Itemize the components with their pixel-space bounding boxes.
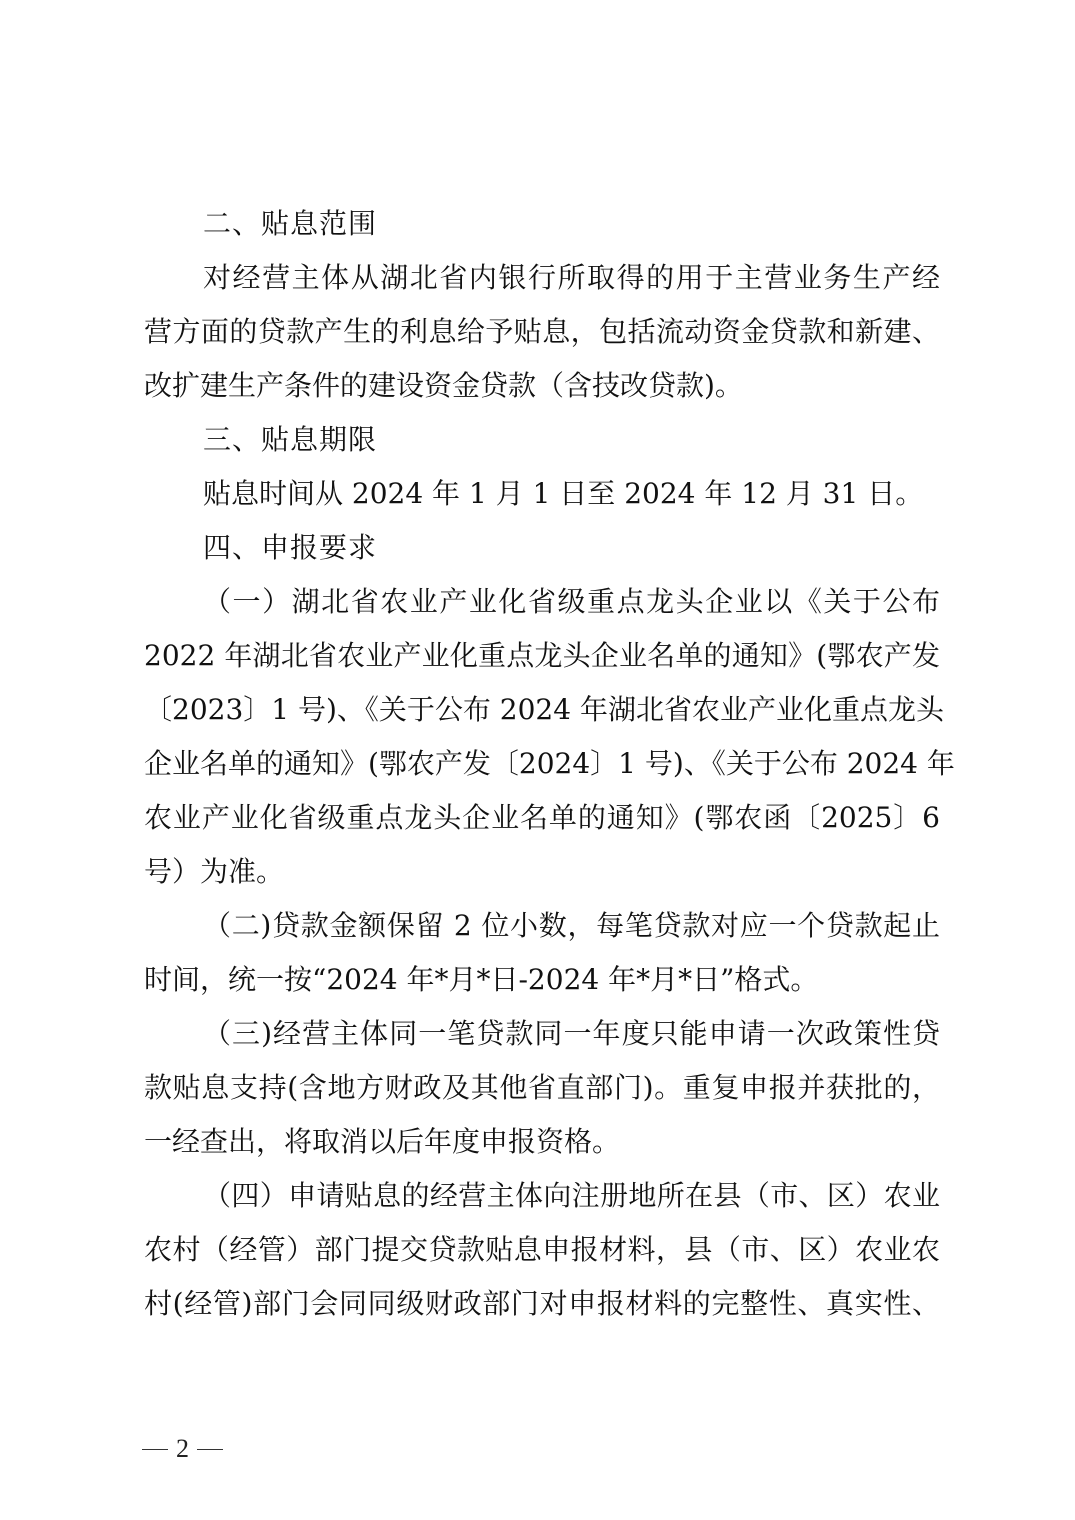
paragraph-line: （四）申请贴息的经营主体向注册地所在县（市、区）农业: [203, 1176, 940, 1216]
footer-dash-right: [197, 1449, 223, 1450]
paragraph-line: 农业产业化省级重点龙头企业名单的通知》(鄂农函〔2025〕6: [144, 798, 940, 838]
paragraph-line: 贴息时间从 2024 年 1 月 1 日至 2024 年 12 月 31 日。: [203, 474, 940, 514]
paragraph-line: 对经营主体从湖北省内银行所取得的用于主营业务生产经: [203, 258, 940, 298]
paragraph-line: 一经查出，将取消以后年度申报资格。: [144, 1122, 940, 1162]
document-page: 二、贴息范围 对经营主体从湖北省内银行所取得的用于主营业务生产经 营方面的贷款产…: [0, 0, 1075, 1520]
page-number: 2: [176, 1434, 189, 1464]
paragraph-line: 时间，统一按“2024 年*月*日-2024 年*月*日”格式。: [144, 960, 940, 1000]
paragraph-line: （一）湖北省农业产业化省级重点龙头企业以《关于公布: [203, 582, 940, 622]
paragraph-line: 营方面的贷款产生的利息给予贴息，包括流动资金贷款和新建、: [144, 312, 940, 352]
paragraph-line: 号）为准。: [144, 852, 940, 892]
paragraph-line: 农村（经管）部门提交贷款贴息申报材料，县（市、区）农业农: [144, 1230, 940, 1270]
paragraph-line: 村(经管)部门会同同级财政部门对申报材料的完整性、真实性、: [144, 1284, 940, 1324]
paragraph-line: 款贴息支持(含地方财政及其他省直部门)。重复申报并获批的，: [144, 1068, 940, 1108]
paragraph-line: 2022 年湖北省农业产业化重点龙头企业名单的通知》(鄂农产发: [144, 636, 940, 676]
paragraph-line: 改扩建生产条件的建设资金贷款（含技改贷款)。: [144, 366, 940, 406]
footer-dash-left: [142, 1449, 168, 1450]
paragraph-line: （三)经营主体同一笔贷款同一年度只能申请一次政策性贷: [203, 1014, 940, 1054]
page-footer: 2: [142, 1434, 223, 1464]
paragraph-line: 〔2023〕1 号)、《关于公布 2024 年湖北省农业产业化重点龙头: [144, 690, 940, 730]
paragraph-line: 企业名单的通知》(鄂农产发〔2024〕1 号)、《关于公布 2024 年: [144, 744, 940, 784]
section-heading-requirements: 四、申报要求: [203, 528, 377, 568]
paragraph-line: （二)贷款金额保留 2 位小数，每笔贷款对应一个贷款起止: [203, 906, 940, 946]
section-heading-scope: 二、贴息范围: [203, 204, 377, 244]
section-heading-period: 三、贴息期限: [203, 420, 377, 460]
